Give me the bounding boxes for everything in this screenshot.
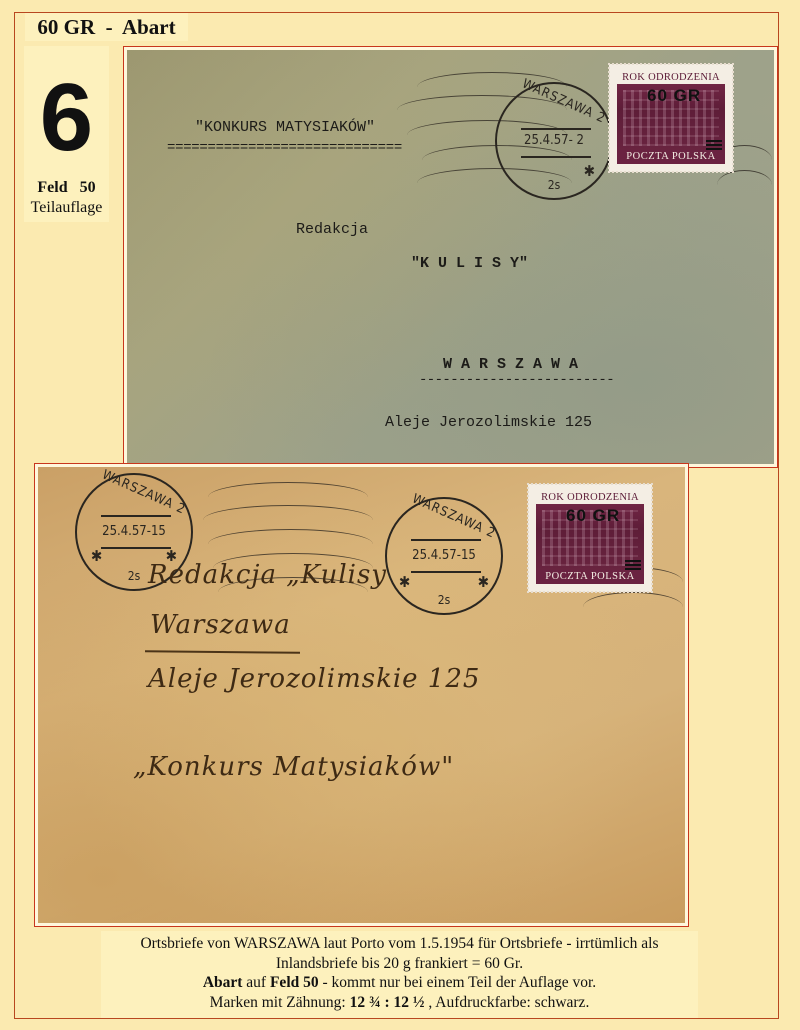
- street-line: Aleje Jerozolimskie 125: [385, 414, 592, 431]
- postmark: WARSZAWA 2 25.4.57-15 ✱ ✱ 2s: [385, 497, 503, 615]
- caption-line-1: Ortsbriefe von WARSZAWA laut Porto vom 1…: [101, 934, 698, 954]
- envelope-handwritten: WARSZAWA 2 25.4.57-15 ✱ ✱ 2s WARSZAWA 2 …: [38, 467, 685, 923]
- postage-stamp: ROK ODRODZENIA 60 GR POCZTA POLSKA: [530, 486, 650, 590]
- cancel-wave: [203, 505, 373, 520]
- caption-line-3: Abart auf Feld 50 - kommt nur bei einem …: [101, 973, 698, 993]
- star-icon: ✱: [399, 573, 410, 591]
- recipient-line: Redakcja: [296, 221, 368, 238]
- caption-line-2: Inlandsbriefe bis 20 g frankiert = 60 Gr…: [101, 954, 698, 974]
- envelope-typewritten: WARSZAWA 2 25.4.57- 2 ✱ 2s ROK ODRODZENI…: [127, 50, 774, 464]
- envelope-bottom-frame: WARSZAWA 2 25.4.57-15 ✱ ✱ 2s WARSZAWA 2 …: [34, 463, 689, 927]
- postmark: WARSZAWA 2 25.4.57- 2 ✱ 2s: [495, 82, 613, 200]
- number-card: 6 Feld 50 Teilauflage: [24, 46, 109, 222]
- field-position: Feld 50: [24, 179, 109, 197]
- stamp-overprint: 60 GR: [647, 86, 701, 106]
- item-number: 6: [24, 70, 109, 166]
- cancel-wave: [208, 529, 373, 544]
- envelope-top-frame: WARSZAWA 2 25.4.57- 2 ✱ 2s ROK ODRODZENI…: [123, 46, 778, 468]
- stamp-overprint: 60 GR: [566, 506, 620, 526]
- handwritten-street: Aleje Jerozolimskie 125: [148, 664, 480, 694]
- recipient-name: "K U L I S Y": [411, 255, 528, 272]
- caption-line-4: Marken mit Zähnung: 12 ¾ : 12 ½ , Aufdru…: [101, 993, 698, 1013]
- print-run-label: Teilauflage: [24, 199, 109, 217]
- cancel-wave: [208, 482, 368, 497]
- handwritten-city: Warszawa: [150, 610, 291, 640]
- city-line: W A R S Z A W A: [443, 356, 578, 373]
- sender-line: "KONKURS MATYSIAKÓW": [195, 119, 375, 136]
- city-underline: -------------------------: [419, 372, 614, 388]
- cancel-wave: [717, 170, 772, 185]
- star-icon: ✱: [478, 573, 489, 591]
- handwritten-sender: „Konkurs Matysiaków": [133, 752, 454, 782]
- star-icon: ✱: [91, 547, 102, 565]
- page-title: 60 GR - Abart: [25, 13, 188, 41]
- postage-stamp: ROK ODRODZENIA 60 GR POCZTA POLSKA: [611, 66, 731, 170]
- city-underline: [145, 650, 300, 654]
- handwritten-recipient: Redakcja „Kulisy: [148, 560, 387, 590]
- cancel-wave: [583, 592, 683, 607]
- caption: Ortsbriefe von WARSZAWA laut Porto vom 1…: [101, 931, 698, 1018]
- sender-underline: =============================: [167, 140, 402, 156]
